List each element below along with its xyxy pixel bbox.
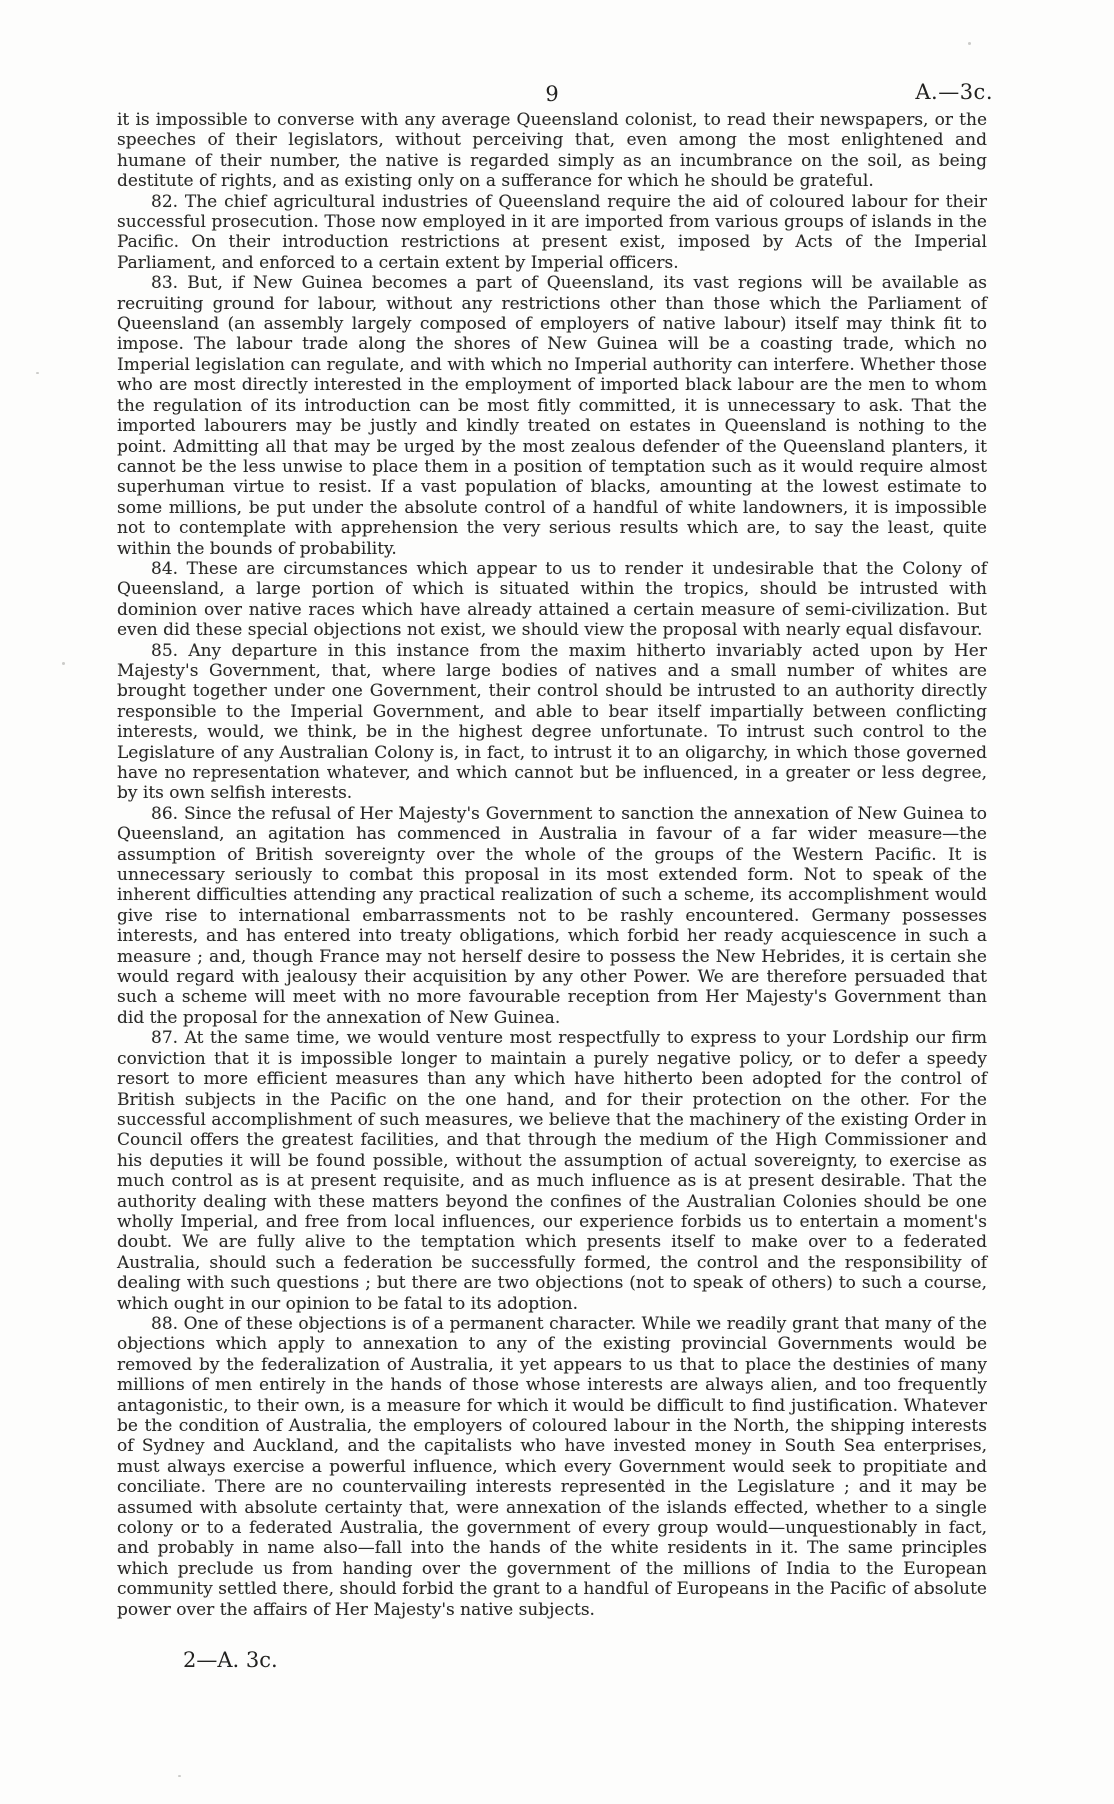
paragraph-86: 86. Since the refusal of Her Majesty's G…: [117, 804, 987, 1028]
scan-speck: [62, 662, 65, 665]
document-body: it is impossible to converse with any av…: [117, 110, 987, 1620]
document-reference: A.—3c.: [915, 80, 993, 104]
paragraph-continuation: it is impossible to converse with any av…: [117, 110, 987, 192]
document-page: 9 A.—3c. it is impossible to converse wi…: [0, 0, 1114, 1804]
scan-speck: [36, 372, 39, 374]
scan-speck: [178, 1775, 181, 1777]
scan-speck: [968, 42, 971, 45]
paragraph-85: 85. Any departure in this instance from …: [117, 641, 987, 804]
printer-signature-mark: 2—A. 3c.: [183, 1648, 278, 1672]
paragraph-82: 82. The chief agricultural industries of…: [117, 192, 987, 274]
paragraph-84: 84. These are circumstances which appear…: [117, 559, 987, 641]
paragraph-88: 88. One of these objections is of a perm…: [117, 1314, 987, 1620]
paragraph-87: 87. At the same time, we would venture m…: [117, 1028, 987, 1314]
page-number: 9: [117, 82, 987, 106]
paragraph-83: 83. But, if New Guinea becomes a part of…: [117, 273, 987, 559]
